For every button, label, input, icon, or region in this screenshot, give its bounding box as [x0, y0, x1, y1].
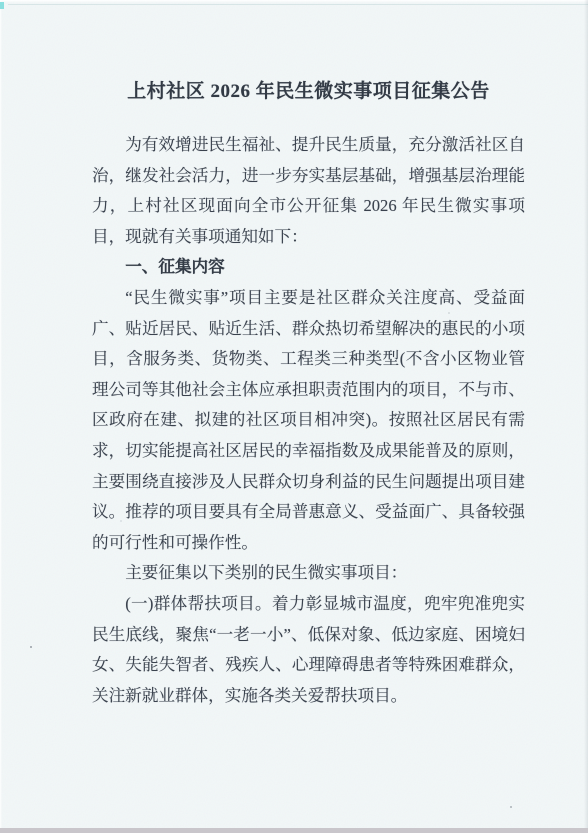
- paragraph-categories-lead: 主要征集以下类别的民生微实事项目：: [92, 558, 525, 589]
- document-body: 上村社区 2026 年民生微实事项目征集公告 为有效增进民生福祉、提升民生质量，…: [92, 76, 525, 711]
- section-heading-collection-content: 一、征集内容: [92, 252, 525, 283]
- scan-bottom-edge: [0, 828, 588, 833]
- paragraph-group-support-project: (一)群体帮扶项目。着力彰显城市温度，兜牢兜准兜实民生底线，聚焦“一老一小”、低…: [92, 589, 525, 711]
- paragraph-intro: 为有效增进民生福祉、提升民生质量，充分激活社区自治，继发社会活力，进一步夯实基层…: [92, 130, 525, 252]
- scan-top-hairline: [8, 4, 588, 5]
- scan-paper-specks: [0, 0, 2, 2]
- paragraph-project-definition: “民生微实事”项目主要是社区群众关注度高、受益面广、贴近居民、贴近生活、群众热切…: [92, 283, 525, 558]
- scan-corner-mark: [0, 2, 4, 9]
- scan-top-edge: [0, 0, 588, 3]
- page-title: 上村社区 2026 年民生微实事项目征集公告: [92, 76, 525, 103]
- scanned-document-page: 上村社区 2026 年民生微实事项目征集公告 为有效增进民生福祉、提升民生质量，…: [0, 0, 588, 833]
- scan-right-edge: [584, 0, 588, 833]
- scan-left-edge: [0, 0, 2, 833]
